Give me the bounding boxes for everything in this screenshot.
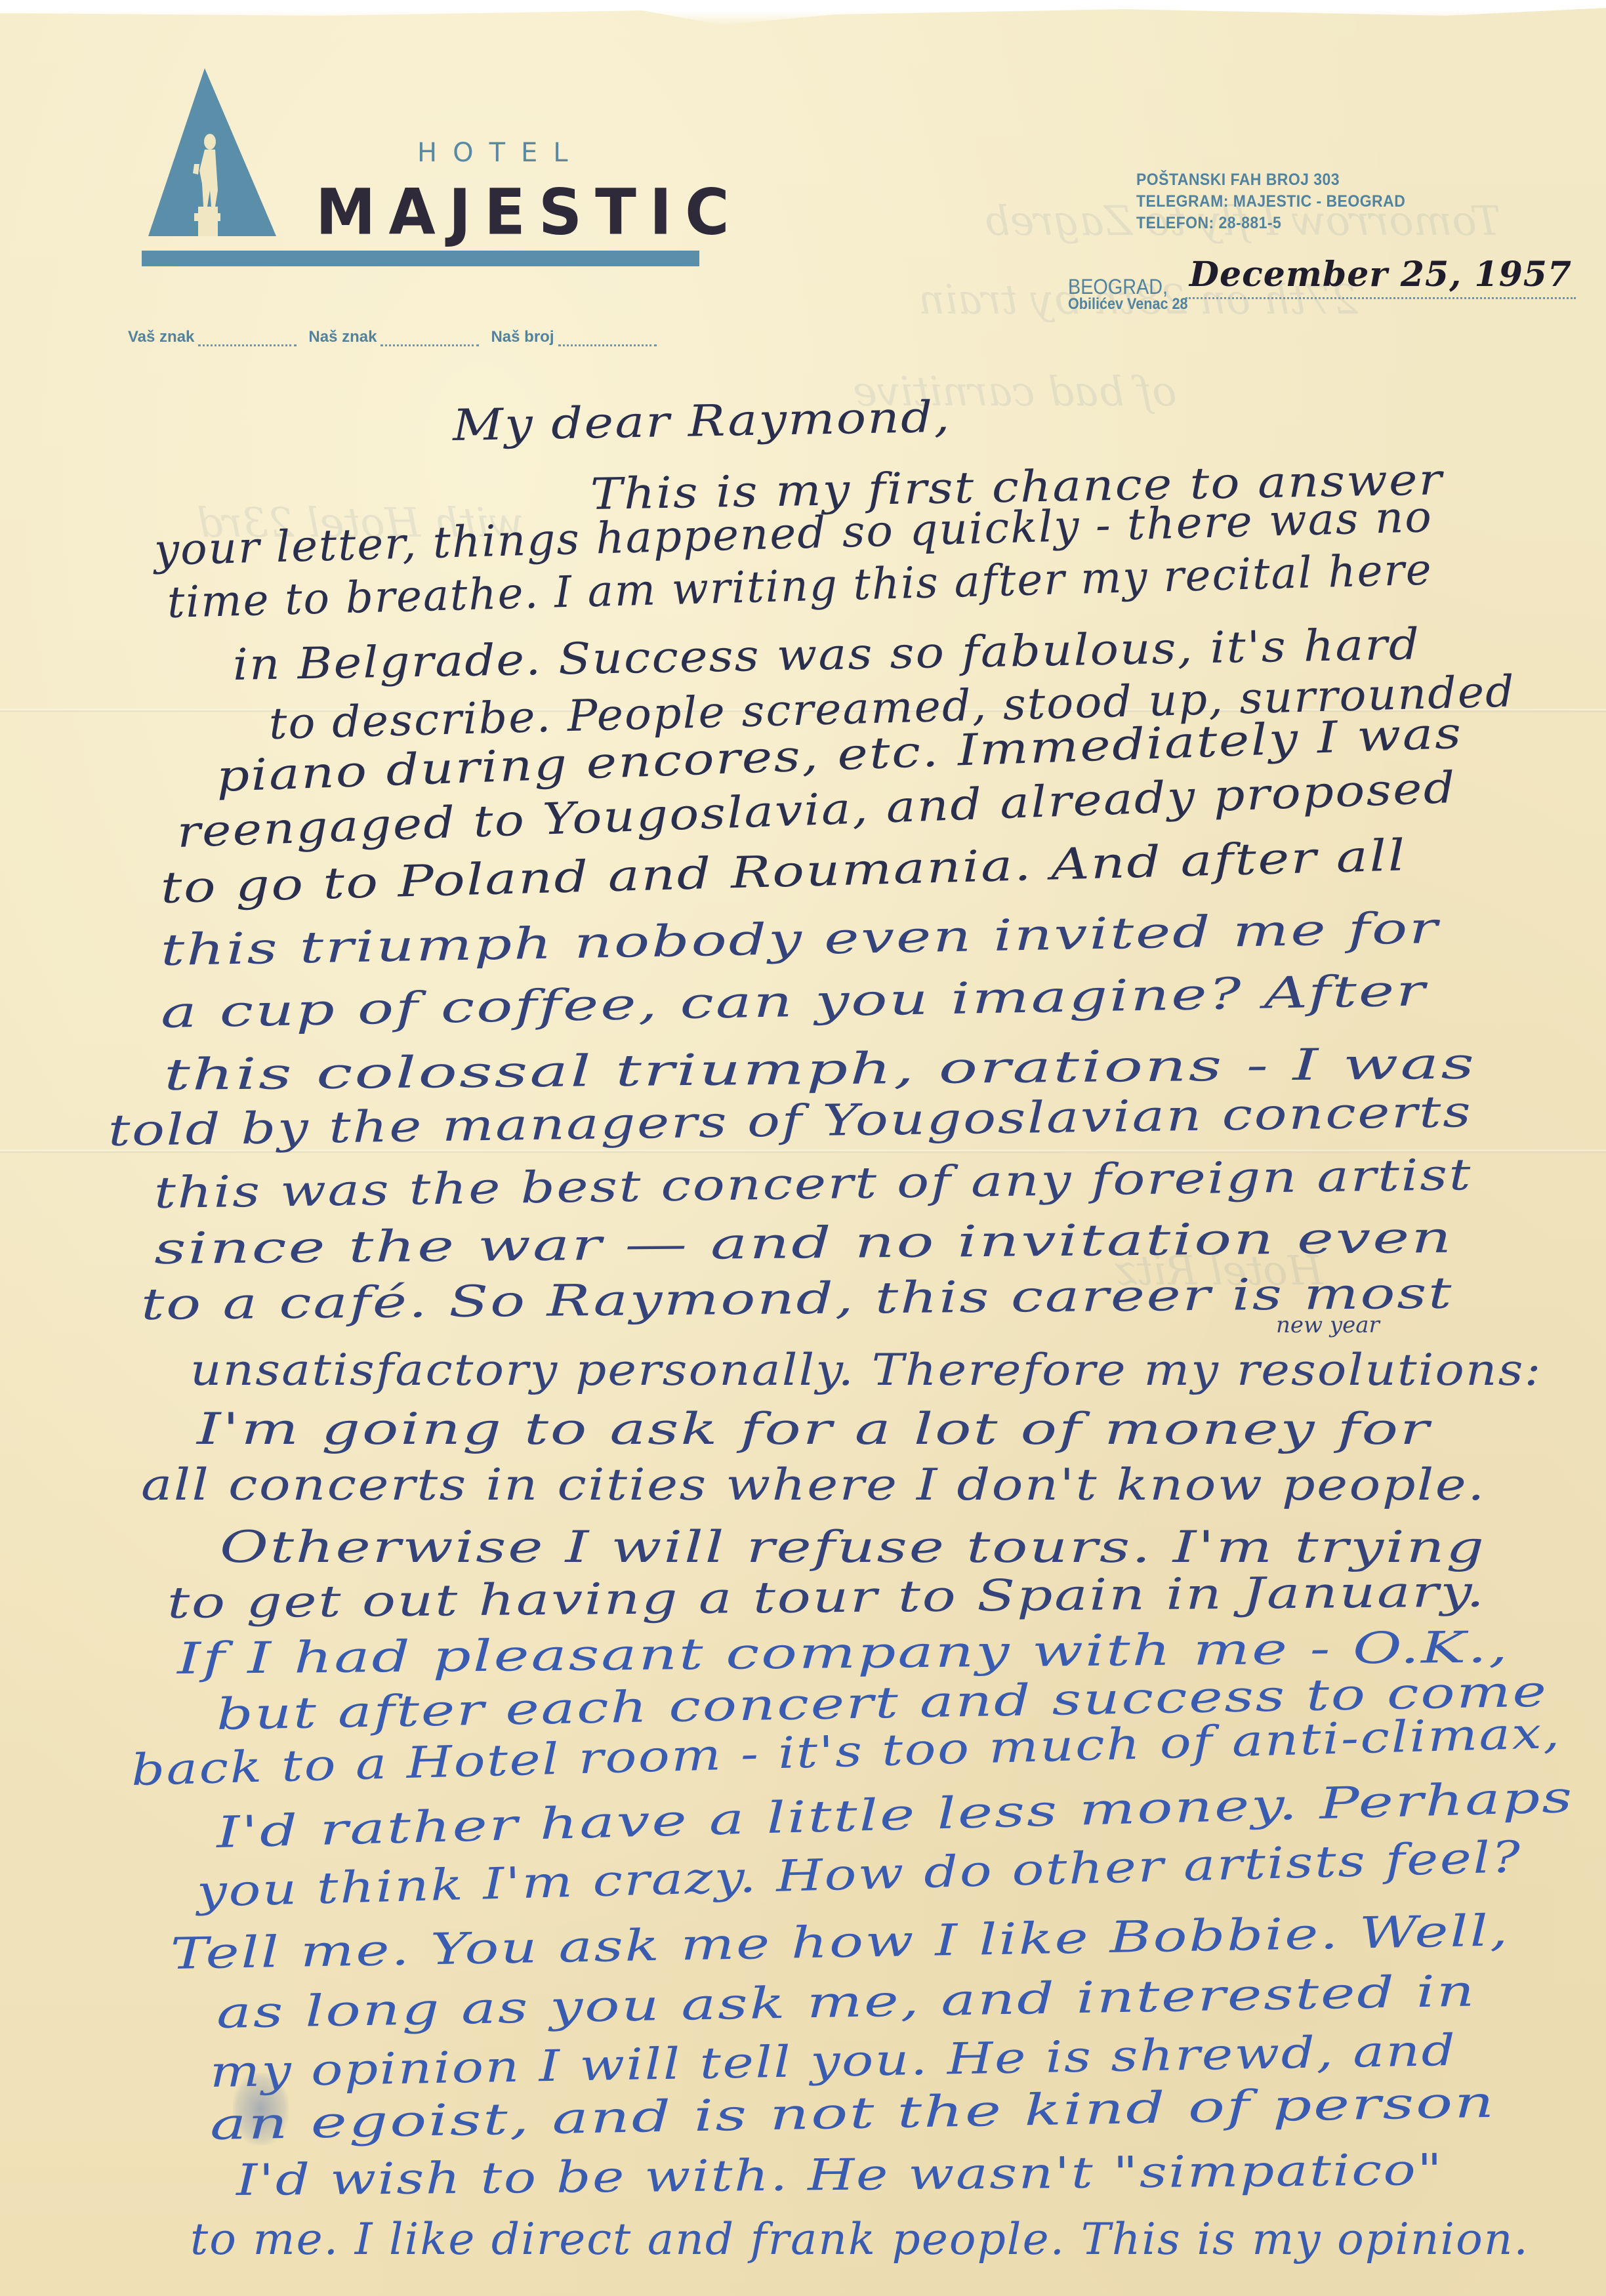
inserted-new-year: new year — [1276, 1312, 1380, 1338]
letter-line: to get out having a tour to Spain in Jan… — [167, 1566, 1486, 1628]
letter-line: Otherwise I will refuse tours. I'm tryin… — [220, 1522, 1486, 1572]
letter-line: I'm going to ask for a lot of money for — [197, 1404, 1431, 1454]
letter-line: all concerts in cities where I don't kno… — [141, 1460, 1486, 1510]
letter-line: to a café. So Raymond, this career is mo… — [141, 1268, 1454, 1330]
ink-smudge — [233, 2073, 289, 2145]
letter-line: this triumph nobody even invited me for — [160, 903, 1439, 975]
letter-line: I'd wish to be with. He wasn't "simpatic… — [236, 2144, 1444, 2205]
letter-line: unsatisfactory personally. Therefore my … — [190, 1345, 1542, 1395]
salutation: My dear Raymond, — [452, 392, 951, 451]
letter-line: this was the best concert of any foreign… — [154, 1149, 1472, 1218]
letter-body: My dear Raymond, This is my first chance… — [0, 0, 1606, 2296]
letter-line: to me. I like direct and frank people. T… — [190, 2214, 1529, 2265]
letter-line: since the war — and no invitation even — [154, 1212, 1454, 1274]
letter-line: a cup of coffee, can you imagine? After — [160, 965, 1427, 1038]
